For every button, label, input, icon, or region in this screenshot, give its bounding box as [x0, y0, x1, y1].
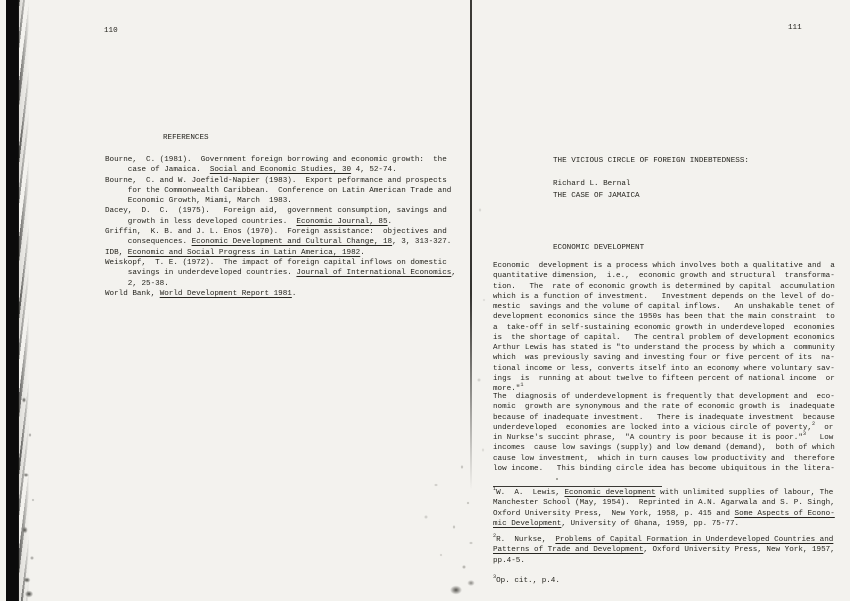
- text-line: which was previously saving and investin…: [493, 353, 835, 363]
- text-line: underdeveloped economies are locked into…: [493, 423, 835, 433]
- references-heading: REFERENCES: [163, 133, 209, 143]
- page-gutter-line: [470, 0, 472, 490]
- text-line: because of inadequate investment. There …: [493, 413, 835, 423]
- chapter-title-line-1: THE VICIOUS CIRCLE OF FOREIGN INDEBTEDNE…: [553, 156, 749, 168]
- text-line: in Nurkse's succint phrase, "A country i…: [493, 433, 835, 443]
- references-list: Bourne, C. (1981). Government foreign bo…: [105, 155, 456, 299]
- text-line: 2, 25-38.: [105, 279, 456, 289]
- text-line: nomic growth are synonymous and the rate…: [493, 402, 835, 412]
- footnote-separator: [493, 486, 662, 487]
- text-line: Bourne, C. (1981). Government foreign bo…: [105, 155, 456, 165]
- text-line: Patterns of Trade and Development, Oxfor…: [493, 545, 835, 555]
- text-line: Arthur Lewis has stated is "to understan…: [493, 343, 835, 353]
- text-line: mic Development, University of Ghana, 19…: [493, 519, 835, 529]
- text-line: Bourne, C. and W. Joefield-Napier (1983)…: [105, 176, 456, 186]
- footnote-2: 2R. Nurkse, Problems of Capital Formatio…: [493, 535, 835, 566]
- text-line: is the shortage of capital. The central …: [493, 333, 835, 343]
- text-line: World Bank, World Development Report 198…: [105, 289, 456, 299]
- text-line: 3Op. cit., p.4.: [493, 576, 560, 586]
- scan-noise: [556, 478, 558, 480]
- text-line: Weiskopf, T. E. (1972). The impact of fo…: [105, 258, 456, 268]
- text-line: Griffin, K. B. and J. L. Enos (1970). Fo…: [105, 227, 456, 237]
- text-line: mestic savings and the volume of capital…: [493, 302, 835, 312]
- text-line: Oxford University Press, New York, 1958,…: [493, 509, 835, 519]
- text-line: incomes cause low savings (supply) and l…: [493, 443, 835, 453]
- paragraph-2: The diagnosis of underdevelopment is fre…: [493, 392, 835, 474]
- text-line: tional income or less, converts itself i…: [493, 364, 835, 374]
- text-line: IDB, Economic and Social Progress in Lat…: [105, 248, 456, 258]
- scan-noise: [416, 455, 478, 601]
- scan-noise: [474, 150, 490, 480]
- text-line: Economic development is a process which …: [493, 261, 835, 271]
- text-line: a take-off in self-sustaining economic g…: [493, 323, 835, 333]
- text-line: cause low investment, which in turn caus…: [493, 454, 835, 464]
- text-line: for the Commonwealth Caribbean. Conferen…: [105, 186, 456, 196]
- author-name: Richard L. Bernal: [553, 179, 630, 189]
- footnote-1: 1W. A. Lewis, Economic development with …: [493, 488, 835, 529]
- text-line: ings is running at about twelve to fifte…: [493, 374, 835, 384]
- chapter-title-line-2: THE CASE OF JAMAICA: [553, 191, 749, 203]
- text-line: tion. The rate of economic growth is det…: [493, 282, 835, 292]
- text-line: which is a function of investment. Inves…: [493, 292, 835, 302]
- page-number-right: 111: [788, 23, 802, 33]
- text-line: pp.4-5.: [493, 556, 835, 566]
- text-line: The diagnosis of underdevelopment is fre…: [493, 392, 835, 402]
- paragraph-1: Economic development is a process which …: [493, 261, 835, 394]
- text-line: case of Jamaica. Social and Economic Stu…: [105, 165, 456, 175]
- footnote-3: 3Op. cit., p.4.: [493, 576, 560, 586]
- text-line: Manchester School (May, 1954). Reprinted…: [493, 498, 835, 508]
- text-line: savings in underdeveloped countries. Jou…: [105, 268, 456, 278]
- text-line: low income. This binding circle idea has…: [493, 464, 835, 474]
- text-line: Dacey, D. C. (1975). Foreign aid, govern…: [105, 206, 456, 216]
- page-number-left: 110: [104, 26, 118, 36]
- text-line: 2R. Nurkse, Problems of Capital Formatio…: [493, 535, 835, 545]
- text-line: 1W. A. Lewis, Economic development with …: [493, 488, 835, 498]
- text-line: Economic Growth, Miami, March 1983.: [105, 196, 456, 206]
- scan-noise: [20, 380, 42, 601]
- text-line: quantitative dimension, i.e., economic g…: [493, 271, 835, 281]
- text-line: consequences. Economic Development and C…: [105, 237, 456, 247]
- text-line: development economics since the 1950s ha…: [493, 312, 835, 322]
- section-heading: ECONOMIC DEVELOPMENT: [553, 243, 644, 253]
- text-line: growth in less developed countries. Econ…: [105, 217, 456, 227]
- book-scan: 110 REFERENCES Bourne, C. (1981). Govern…: [0, 0, 850, 601]
